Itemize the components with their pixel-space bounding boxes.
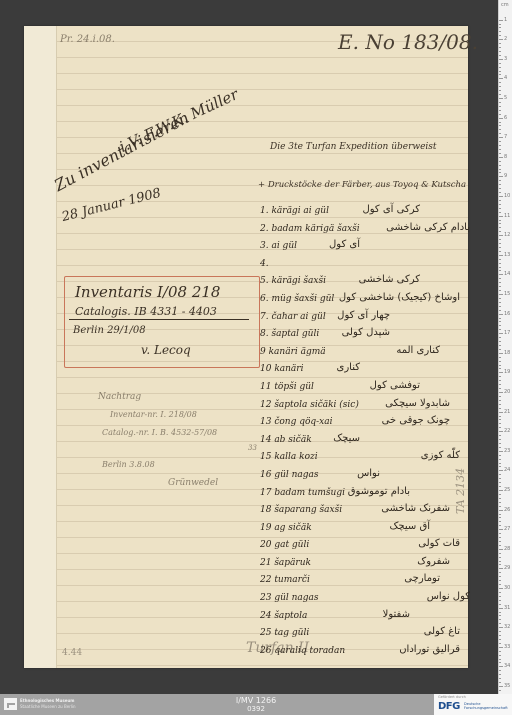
funder-name: Deutsche Forschungsgemeinschaft [464, 702, 508, 710]
ruler-subtick [499, 584, 501, 585]
ruler-subtick [499, 349, 501, 350]
ruler-tick [499, 412, 503, 413]
ruler-unit: cm [501, 2, 509, 8]
item-latin: 17 badam tumšugi [260, 488, 345, 498]
addendum-signature: Grünwedel [168, 478, 218, 488]
ruler-subtick [499, 212, 501, 213]
ruler-subtick [499, 321, 501, 322]
ruler-subtick [499, 514, 501, 515]
ruler-subtick [499, 404, 501, 405]
ruler-subtick [499, 416, 501, 417]
ruler-subtick [499, 659, 501, 660]
ruler-tick [499, 627, 503, 628]
item-latin: 23 gül nagas [260, 593, 319, 603]
measurement-ruler: cm 1234567891011121314151617181920212223… [498, 0, 512, 694]
ruler-subtick [499, 325, 501, 326]
ruler-tick [499, 431, 503, 432]
ruler-mark: 20 [504, 389, 510, 395]
ruler-subtick [499, 125, 501, 126]
item-latin: 2. badam kärigä šaxši [260, 224, 360, 234]
ruler-subtick [499, 71, 501, 72]
ruler-subtick [499, 655, 501, 656]
ruler-subtick [499, 345, 501, 346]
stamp-catalogue: Catalogis. IB 4331 - 4403 [75, 305, 217, 318]
ruler-subtick [499, 55, 501, 56]
page-binding-strip [24, 26, 57, 668]
ruler-subtick [499, 318, 501, 319]
ruler-tick [499, 529, 503, 530]
ruler-subtick [499, 184, 501, 185]
ruler-tick [499, 235, 503, 236]
ruler-subtick [499, 247, 501, 248]
ruler-subtick [499, 388, 501, 389]
item-latin: 22 tumarči [260, 575, 310, 585]
ruler-mark: 5 [504, 95, 507, 101]
item-latin: 5. kärägi šaxši [260, 276, 326, 286]
ruler-mark: 10 [504, 193, 510, 199]
list-item: 3. ai gülآی کول [260, 241, 460, 259]
ruler-subtick [499, 502, 501, 503]
ruler-mark: 4 [504, 75, 507, 81]
ruler-subtick [499, 604, 501, 605]
ruler-subtick [499, 47, 501, 48]
ruler-mark: 33 [504, 644, 510, 650]
ruler-subtick [499, 517, 501, 518]
ruler-subtick [499, 572, 501, 573]
ruler-subtick [499, 537, 501, 538]
ruler-subtick [499, 306, 501, 307]
ruler-tick [499, 392, 503, 393]
ruler-subtick [499, 455, 501, 456]
ruler-mark: 30 [504, 585, 510, 591]
ruler-subtick [499, 678, 501, 679]
stamp-signature: v. Lecoq [141, 343, 191, 357]
ruler-subtick [499, 384, 501, 385]
ruler-tick [499, 39, 503, 40]
item-latin: 20 gat güli [260, 540, 309, 550]
ruler-subtick [499, 251, 501, 252]
ruler-subtick [499, 541, 501, 542]
ruler-subtick [499, 623, 501, 624]
ruler-subtick [499, 670, 501, 671]
ruler-subtick [499, 365, 501, 366]
ruler-subtick [499, 643, 501, 644]
ruler-subtick [499, 466, 501, 467]
ruler-subtick [499, 545, 501, 546]
item-arabic: کول نواس [427, 591, 470, 602]
ruler-subtick [499, 278, 501, 279]
ruler-subtick [499, 690, 501, 691]
ruler-subtick [499, 129, 501, 130]
item-arabic: کناری [337, 362, 360, 373]
ruler-subtick [499, 478, 501, 479]
ruler-mark: 25 [504, 487, 510, 493]
ruler-subtick [499, 74, 501, 75]
item-latin: 7. čahar ai gül [260, 312, 326, 322]
ruler-tick [499, 666, 503, 667]
item-arabic: شفروک [417, 556, 450, 567]
item-arabic: بادام کرکی شاخشی [386, 222, 470, 233]
ruler-subtick [499, 357, 501, 358]
ruler-subtick [499, 576, 501, 577]
ruler-subtick [499, 337, 501, 338]
addendum-catalogue: Catalog.-nr. I. B. 4532-57/08 [102, 428, 217, 437]
list-item: 10 kanäriکناری [260, 364, 460, 382]
item-latin: 1. kärägi ai gül [260, 206, 329, 216]
ruler-subtick [499, 600, 501, 601]
ruler-subtick [499, 200, 501, 201]
ruler-subtick [499, 302, 501, 303]
ruler-subtick [499, 557, 501, 558]
ruler-subtick [499, 153, 501, 154]
ruler-mark: 18 [504, 350, 510, 356]
list-item: 26 qaraliq toradanقرالیق توراداں [260, 646, 460, 664]
ruler-mark: 29 [504, 565, 510, 571]
item-arabic: تومارچی [404, 573, 440, 584]
ruler-mark: 2 [504, 36, 507, 42]
ruler-tick [499, 137, 503, 138]
item-arabic: سیچک [333, 433, 360, 444]
ruler-subtick [499, 674, 501, 675]
ruler-subtick [499, 376, 501, 377]
ruler-mark: 21 [504, 409, 510, 415]
funding-label: Gefördert durch [438, 695, 466, 699]
item-arabic: آی کول [329, 239, 360, 250]
ruler-tick [499, 647, 503, 648]
ruler-subtick [499, 561, 501, 562]
list-item: 13 čong qöq-xaiچونک جوقی خی [260, 417, 460, 435]
item-arabic: کرکی آی کول [362, 204, 420, 215]
ruler-mark: 1 [504, 17, 507, 23]
subheader-note: + Druckstöcke der Färber, aus Toyoq & Ku… [258, 180, 466, 190]
ruler-mark: 28 [504, 546, 510, 552]
inventory-stamp: Inventaris I/08 218 Catalogis. IB 4331 -… [64, 276, 260, 368]
list-item: 18 šaparang šaxšiشفرنک شاخشی [260, 505, 460, 523]
ruler-mark: 32 [504, 624, 510, 630]
item-latin: 4. [260, 259, 269, 269]
ruler-tick [499, 588, 503, 589]
ruler-tick [499, 372, 503, 373]
item-latin: 13 čong qöq-xai [260, 417, 333, 427]
item-latin: 21 šapäruk [260, 558, 311, 568]
ruler-subtick [499, 564, 501, 565]
ruler-tick [499, 608, 503, 609]
item-latin: 8. šaptal güli [260, 329, 319, 339]
ruler-subtick [499, 180, 501, 181]
ruler-subtick [499, 474, 501, 475]
ruler-mark: 3 [504, 56, 507, 62]
archive-image-viewer: cm 1234567891011121314151617181920212223… [0, 0, 512, 715]
ruler-subtick [499, 290, 501, 291]
ruler-subtick [499, 204, 501, 205]
ruler-subtick [499, 368, 501, 369]
ruler-subtick [499, 161, 501, 162]
ruler-subtick [499, 439, 501, 440]
ruler-subtick [499, 165, 501, 166]
header-note: Die 3te Turfan Expedition überweist [270, 142, 437, 152]
ruler-subtick [499, 400, 501, 401]
ruler-mark: 24 [504, 467, 510, 473]
ruler-mark: 11 [504, 213, 510, 219]
ruler-tick [499, 255, 503, 256]
ruler-subtick [499, 486, 501, 487]
ruler-subtick [499, 427, 501, 428]
ruler-mark: 14 [504, 271, 510, 277]
ruler-tick [499, 196, 503, 197]
ruler-tick [499, 510, 503, 511]
list-item: 2. badam kärigä šaxšiبادام کرکی شاخشی [260, 224, 460, 242]
ruler-tick [499, 549, 503, 550]
ruler-tick [499, 274, 503, 275]
ruler-subtick [499, 243, 501, 244]
ruler-subtick [499, 86, 501, 87]
ruler-subtick [499, 227, 501, 228]
ruler-subtick [499, 298, 501, 299]
item-arabic: نواس [357, 468, 380, 479]
ruler-mark: 15 [504, 291, 510, 297]
ruler-subtick [499, 651, 501, 652]
item-latin: 25 tag güli [260, 628, 309, 638]
item-arabic: چهار آی کول [337, 310, 390, 321]
ruler-tick [499, 216, 503, 217]
ruler-subtick [499, 482, 501, 483]
ruler-subtick [499, 631, 501, 632]
item-latin: 26 qaraliq toradan [260, 646, 345, 656]
ruler-subtick [499, 149, 501, 150]
ruler-tick [499, 59, 503, 60]
ruler-subtick [499, 310, 501, 311]
ruler-subtick [499, 361, 501, 362]
ruler-subtick [499, 619, 501, 620]
ruler-mark: 16 [504, 311, 510, 317]
stamp-inventory: Inventaris I/08 218 [75, 283, 220, 301]
ruler-subtick [499, 94, 501, 95]
ruler-subtick [499, 51, 501, 52]
list-item: 23 gül nagasکول نواس [260, 593, 460, 611]
ruler-subtick [499, 231, 501, 232]
list-item: 9 kanäri ägmäکناری المه [260, 347, 460, 365]
ruler-tick [499, 118, 503, 119]
ruler-subtick [499, 592, 501, 593]
ruler-subtick [499, 220, 501, 221]
ruler-tick [499, 314, 503, 315]
item-arabic: چونک جوقی خی [382, 415, 450, 426]
item-latin: 10 kanäri [260, 364, 303, 374]
ruler-subtick [499, 498, 501, 499]
ruler-mark: 7 [504, 134, 507, 140]
ruler-subtick [499, 259, 501, 260]
ruler-mark: 19 [504, 369, 510, 375]
item-arabic: قرالیق توراداں [399, 644, 460, 655]
dfg-logo-icon: DFG [438, 701, 460, 712]
ruler-subtick [499, 63, 501, 64]
addendum-place-date: Berlin 3.8.08 [102, 460, 155, 469]
ruler-subtick [499, 223, 501, 224]
inventory-signature: i.V. F.W.K. Müller [116, 85, 241, 156]
ruler-subtick [499, 133, 501, 134]
ruler-subtick [499, 141, 501, 142]
ruler-subtick [499, 122, 501, 123]
ruler-subtick [499, 506, 501, 507]
item-arabic: شابدولا سیچکی [385, 398, 450, 409]
stamp-divider [69, 319, 249, 320]
ruler-subtick [499, 408, 501, 409]
ruler-subtick [499, 208, 501, 209]
ruler-subtick [499, 110, 501, 111]
item-latin: 12 šaptola sičäki (sic) [260, 400, 359, 410]
ruler-subtick [499, 435, 501, 436]
ruler-subtick [499, 24, 501, 25]
ruler-tick [499, 568, 503, 569]
ruler-subtick [499, 270, 501, 271]
ruler-subtick [499, 263, 501, 264]
ruler-subtick [499, 192, 501, 193]
ruler-subtick [499, 580, 501, 581]
ruler-subtick [499, 169, 501, 170]
ruler-subtick [499, 463, 501, 464]
item-latin: 14 ab sičäk [260, 435, 312, 445]
item-latin: 3. ai gül [260, 241, 297, 251]
ruler-mark: 22 [504, 428, 510, 434]
ruler-tick [499, 451, 503, 452]
ruler-tick [499, 333, 503, 334]
item-arabic: شفرنک شاخشی [381, 503, 450, 514]
ruler-subtick [499, 145, 501, 146]
ruler-subtick [499, 114, 501, 115]
ruler-subtick [499, 329, 501, 330]
ruler-subtick [499, 172, 501, 173]
reference-number: E. No 183/08. [338, 30, 478, 54]
item-latin: 19 ag sičäk [260, 523, 312, 533]
item-arabic: شفتولا [383, 609, 410, 620]
ruler-subtick [499, 682, 501, 683]
ruler-tick [499, 176, 503, 177]
ruler-tick [499, 20, 503, 21]
ruler-mark: 13 [504, 252, 510, 258]
ruler-subtick [499, 102, 501, 103]
ruler-mark: 6 [504, 115, 507, 121]
ruler-subtick [499, 282, 501, 283]
bottom-left-pencil: 4.44 [62, 648, 82, 658]
ruler-mark: 31 [504, 605, 510, 611]
item-arabic: تاغ کولی [424, 626, 460, 637]
item-latin: 24 šaptola [260, 611, 307, 621]
ruler-subtick [499, 106, 501, 107]
addendum-title: Nachtrag [98, 392, 141, 402]
ruler-tick [499, 98, 503, 99]
item-arabic: اوشاخ (کیجیک) شاخشی کول [339, 292, 460, 303]
ruler-subtick [499, 459, 501, 460]
ruler-tick [499, 353, 503, 354]
ruler-tick [499, 490, 503, 491]
item-arabic: آق سیچک [389, 521, 430, 532]
item-arabic: کناری المه [396, 345, 440, 356]
ruler-subtick [499, 533, 501, 534]
item-latin: 6. müg šaxši gül [260, 294, 334, 304]
ruler-subtick [499, 188, 501, 189]
ruler-subtick [499, 31, 501, 32]
ruler-subtick [499, 639, 501, 640]
item-latin: 9 kanäri ägmä [260, 347, 326, 357]
ruler-subtick [499, 525, 501, 526]
ruler-mark: 8 [504, 154, 507, 160]
item-latin: 15 kalla kozi [260, 452, 318, 462]
stamp-place-date: Berlin 29/1/08 [73, 325, 146, 336]
addendum-extra: 33 [248, 444, 257, 452]
ruler-subtick [499, 612, 501, 613]
ruler-tick [499, 686, 503, 687]
item-latin: 18 šaparang šaxši [260, 505, 342, 515]
ruler-subtick [499, 67, 501, 68]
ruler-tick [499, 78, 503, 79]
ruler-subtick [499, 27, 501, 28]
ruler-mark: 12 [504, 232, 510, 238]
ruler-subtick [499, 494, 501, 495]
ruler-mark: 9 [504, 173, 507, 179]
ruler-subtick [499, 662, 501, 663]
item-list: 1. kärägi ai gülکرکی آی کول2. badam käri… [260, 206, 460, 663]
ruler-mark: 23 [504, 448, 510, 454]
viewer-footer: Ethnologisches Museum Staatliche Museen … [0, 694, 512, 715]
ruler-subtick [499, 43, 501, 44]
item-arabic: کلّه کوزی [421, 450, 460, 461]
ruler-tick [499, 470, 503, 471]
ruler-subtick [499, 380, 501, 381]
ruler-subtick [499, 396, 501, 397]
ruler-subtick [499, 635, 501, 636]
item-arabic: کرکی شاخشی [359, 274, 420, 285]
inventory-date: 28 Januar 1908 [60, 186, 162, 225]
ruler-subtick [499, 443, 501, 444]
ruler-subtick [499, 341, 501, 342]
ruler-subtick [499, 419, 501, 420]
ruler-subtick [499, 447, 501, 448]
ruler-subtick [499, 239, 501, 240]
ruler-subtick [499, 423, 501, 424]
ruler-mark: 35 [504, 683, 510, 689]
ruler-mark: 34 [504, 663, 510, 669]
ruler-subtick [499, 596, 501, 597]
ruler-subtick [499, 267, 501, 268]
ruler-mark: 27 [504, 526, 510, 532]
ruler-mark: 17 [504, 330, 510, 336]
funder-name-line2: Forschungsgemeinschaft [464, 706, 508, 710]
ruler-tick [499, 294, 503, 295]
top-left-note: Pr. 24.i.08. [60, 34, 115, 45]
addendum-inventory: Inventar-nr. I. 218/08 [110, 410, 197, 419]
item-arabic: شپدل کولی [342, 327, 390, 338]
ruler-subtick [499, 286, 501, 287]
ruler-subtick [499, 82, 501, 83]
funder-badge: Gefördert durch DFG Deutsche Forschungsg… [434, 694, 512, 715]
item-latin: 16 gül nagas [260, 470, 319, 480]
ruler-subtick [499, 90, 501, 91]
item-arabic: بادام توموشوق [348, 486, 410, 497]
ruler-subtick [499, 521, 501, 522]
ruler-tick [499, 157, 503, 158]
item-latin: 11 töpši gül [260, 382, 314, 392]
ruler-mark: 26 [504, 507, 510, 513]
item-arabic: توفشی کول [370, 380, 420, 391]
ruler-subtick [499, 553, 501, 554]
ruler-subtick [499, 35, 501, 36]
ruler-subtick [499, 615, 501, 616]
item-arabic: قات کولی [418, 538, 460, 549]
